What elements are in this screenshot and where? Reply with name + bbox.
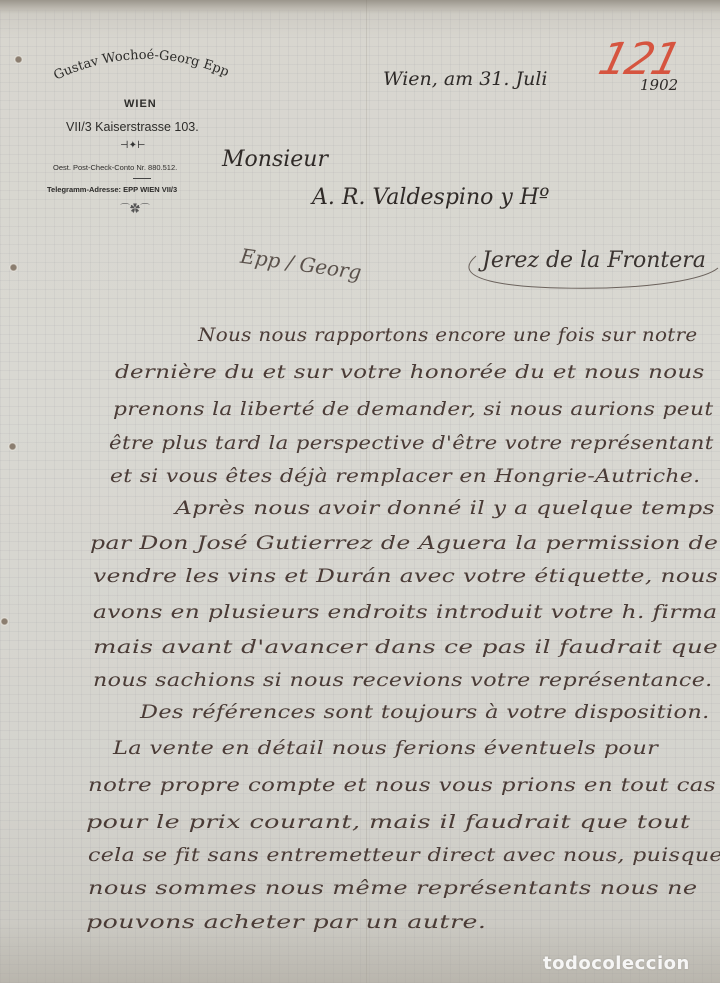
letterhead-postcheck: Oest. Post-Check-Conto Nr. 880.512. xyxy=(53,163,177,172)
body-line: pour le prix courant, mais il faudrait q… xyxy=(86,812,690,833)
date-line: Wien, am 31. Juli xyxy=(383,68,547,90)
recipient-name: A. R. Valdespino y Hº xyxy=(312,185,549,210)
body-line: prenons la liberté de demander, si nous … xyxy=(113,399,713,420)
body-line: La vente en détail nous ferions éventuel… xyxy=(113,738,658,759)
letterhead-company-name: Gustav Wochoé-Georg Epp xyxy=(46,46,246,76)
punch-hole xyxy=(8,442,17,451)
paper-top-edge xyxy=(0,0,720,14)
letterhead-telegram: Telegramm-Adresse: EPP WIEN VII/3 xyxy=(47,185,177,194)
letterhead-address: VII/3 Kaiserstrasse 103. xyxy=(66,120,199,134)
watermark: todocoleccion xyxy=(543,953,690,974)
document-number: 121 xyxy=(594,34,685,85)
body-line: nous sachions si nous recevions votre re… xyxy=(93,670,713,691)
punch-hole xyxy=(14,55,23,64)
body-line: notre propre compte et nous vous prions … xyxy=(88,775,716,796)
punch-hole xyxy=(9,263,18,272)
svg-text:Gustav Wochoé-Georg Epp: Gustav Wochoé-Georg Epp xyxy=(52,48,232,84)
body-line: être plus tard la perspective d'être vot… xyxy=(109,433,714,454)
paper-fold-line xyxy=(366,0,367,983)
recipient-place: Jerez de la Frontera xyxy=(482,248,706,273)
body-line: nous sommes nous même représentants nous… xyxy=(88,878,698,899)
flourish-icon: ⌒✿⌒ xyxy=(120,200,150,215)
body-line: avons en plusieurs endroits introduit vo… xyxy=(93,602,718,623)
body-line: dernière du et sur votre honorée du et n… xyxy=(115,362,705,383)
letterhead-city: WIEN xyxy=(124,98,157,110)
letterhead-name-text: Gustav Wochoé-Georg Epp xyxy=(52,48,232,84)
punch-hole xyxy=(0,617,9,626)
body-line: cela se fit sans entremetteur direct ave… xyxy=(88,845,720,866)
ornament-icon: ⊣✦⊢ xyxy=(120,140,146,151)
body-line: Nous nous rapportons encore une fois sur… xyxy=(198,325,698,346)
body-line: mais avant d'avancer dans ce pas il faud… xyxy=(93,637,718,658)
body-line: et si vous êtes déjà remplacer en Hongri… xyxy=(110,466,700,487)
salutation: Monsieur xyxy=(222,147,328,172)
body-line: vendre les vins et Durán avec votre étiq… xyxy=(93,566,718,587)
body-line: Des références sont toujours à votre dis… xyxy=(140,702,710,723)
letterhead-divider xyxy=(133,178,151,179)
letter-paper xyxy=(0,0,720,983)
body-line: pouvons acheter par un autre. xyxy=(86,912,486,933)
body-line: par Don José Gutierrez de Aguera la perm… xyxy=(90,533,718,554)
body-line: Après nous avoir donné il y a quelque te… xyxy=(175,498,715,519)
